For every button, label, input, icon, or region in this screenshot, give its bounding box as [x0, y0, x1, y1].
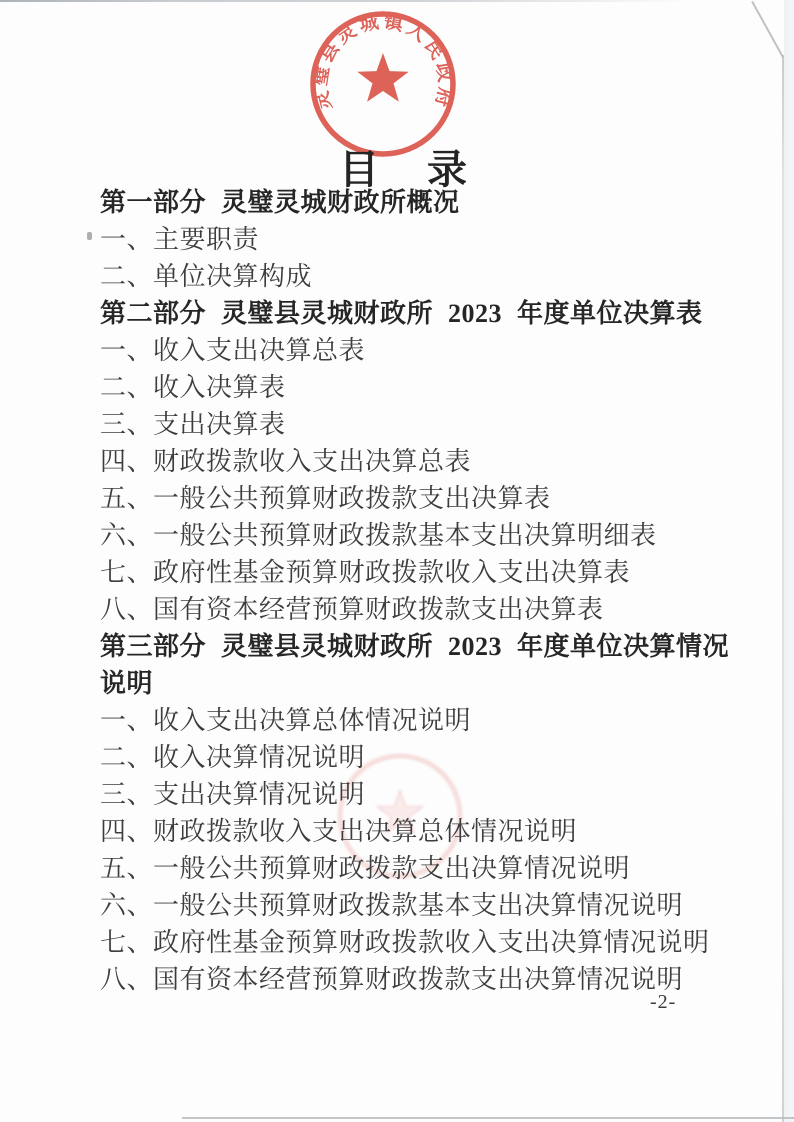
paper-edge-bottom [182, 1117, 794, 1119]
scanned-document-page: 灵璧县灵城镇人民政府 目 录 第一部分 灵璧灵城财政所概况一、主要职责二、单位决… [0, 0, 794, 1122]
toc-item: 四、财政拨款收入支出决算总体情况说明 [100, 813, 740, 850]
toc-section-heading: 第三部分 灵璧县灵城财政所 2023 年度单位决算情况说明 [100, 628, 740, 702]
toc-item: 三、支出决算情况说明 [100, 776, 740, 813]
toc-section-heading: 第二部分 灵璧县灵城财政所 2023 年度单位决算表 [100, 295, 740, 332]
toc-item: 二、单位决算构成 [100, 258, 740, 295]
paper-edge-right [782, 55, 784, 1122]
toc-item: 一、收入支出决算总表 [100, 332, 740, 369]
toc-item: 八、国有资本经营预算财政拨款支出决算表 [100, 591, 740, 628]
toc-item: 一、主要职责 [100, 221, 740, 258]
toc-item: 五、一般公共预算财政拨款支出决算情况说明 [100, 850, 740, 887]
toc-item: 三、支出决算表 [100, 406, 740, 443]
toc-item: 六、一般公共预算财政拨款基本支出决算明细表 [100, 517, 740, 554]
toc-item: 八、国有资本经营预算财政拨款支出决算情况说明 [100, 961, 740, 998]
toc-section-heading: 第一部分 灵璧灵城财政所概况 [100, 184, 740, 221]
toc-item: 二、收入决算表 [100, 369, 740, 406]
toc-item: 七、政府性基金预算财政拨款收入支出决算表 [100, 554, 740, 591]
toc-item: 二、收入决算情况说明 [100, 739, 740, 776]
toc-item: 七、政府性基金预算财政拨款收入支出决算情况说明 [100, 924, 740, 961]
table-of-contents: 第一部分 灵璧灵城财政所概况一、主要职责二、单位决算构成第二部分 灵璧县灵城财政… [100, 184, 740, 998]
star-icon [357, 53, 408, 102]
page-number: -2- [650, 991, 676, 1014]
paper-corner-fold [751, 1, 784, 58]
official-seal: 灵璧县灵城镇人民政府 [307, 6, 459, 158]
scan-speck [87, 232, 92, 240]
toc-item: 一、收入支出决算总体情况说明 [100, 702, 740, 739]
toc-item: 五、一般公共预算财政拨款支出决算表 [100, 480, 740, 517]
toc-item: 四、财政拨款收入支出决算总表 [100, 443, 740, 480]
scan-edge-top [0, 0, 705, 2]
toc-item: 六、一般公共预算财政拨款基本支出决算情况说明 [100, 887, 740, 924]
